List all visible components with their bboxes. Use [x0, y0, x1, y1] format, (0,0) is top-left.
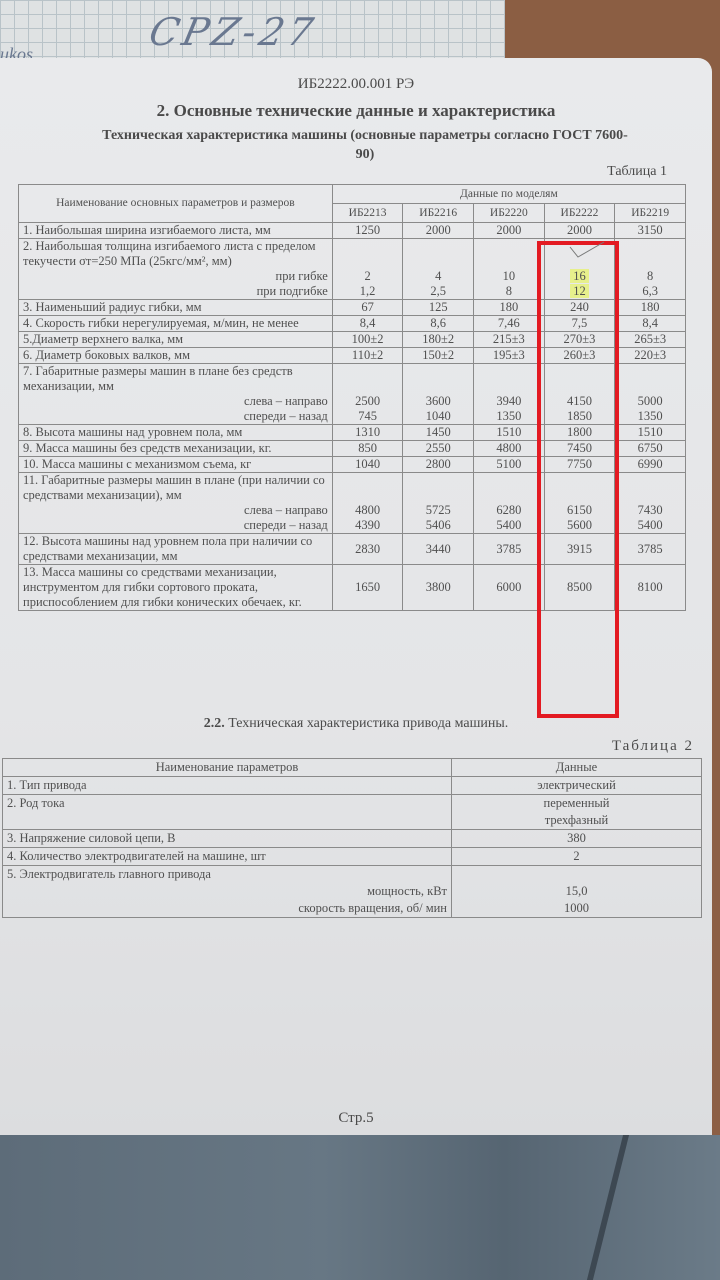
value-text: 3600 [426, 394, 451, 408]
parameter-name: 6. Диаметр боковых валков, мм [19, 348, 333, 364]
value-text: 1350 [496, 409, 521, 423]
model-header: ИБ2222 [544, 204, 615, 223]
value-cell: 8100 [615, 565, 686, 611]
value: 1000 [456, 900, 697, 917]
model-header: ИБ2220 [474, 204, 545, 223]
sub-parameter-label: при гибке [23, 269, 328, 284]
parameter-label: 3. Напряжение силовой цепи, В [7, 831, 175, 845]
value-cell: 108 [474, 239, 545, 300]
value-cell: 180±2 [403, 332, 474, 348]
value-cell: 15,01000 [452, 866, 702, 918]
value: 2 [337, 269, 399, 284]
value-cell: 3800 [403, 565, 474, 611]
sub-parameter-label: слева – направо [23, 394, 328, 409]
value-cell: 7,46 [474, 316, 545, 332]
model-header: ИБ2213 [332, 204, 403, 223]
value-cell: электрический [452, 777, 702, 795]
parameter-label: 2. Наибольшая толщина изгибаемого листа … [23, 239, 316, 268]
value-text: 5400 [496, 518, 521, 532]
parameter-label: 12. Высота машины над уровнем пола при н… [23, 534, 312, 563]
value-cell: 2000 [474, 223, 545, 239]
table-row: 5. Электродвигатель главного приводамощн… [3, 866, 702, 918]
parameter-name: 1. Наибольшая ширина изгибаемого листа, … [19, 223, 333, 239]
table2-label: Таблица 2 [612, 738, 694, 755]
value-cell: 2000 [544, 223, 615, 239]
value-cell: 2800 [403, 457, 474, 473]
sub-parameter-label: спереди – назад [23, 518, 328, 533]
value-cell: 100±2 [332, 332, 403, 348]
parameter-label: 6. Диаметр боковых валков, мм [23, 348, 190, 362]
parameter-name: 5. Электродвигатель главного приводамощн… [3, 866, 452, 918]
value: 1350 [478, 409, 540, 424]
value-cell: 6750 [615, 441, 686, 457]
sub-parameter-label: слева – направо [23, 503, 328, 518]
value: 1350 [619, 409, 681, 424]
value: 5725 [407, 503, 469, 518]
drive-specs-table: Наименование параметров Данные 1. Тип пр… [2, 758, 702, 918]
value-text: 1040 [426, 409, 451, 423]
checkmark-icon [568, 241, 608, 261]
value-cell: 1510 [615, 425, 686, 441]
value-cell: 3785 [474, 534, 545, 565]
value: 6,3 [619, 284, 681, 299]
parameter-label: 4. Скорость гибки нерегулируемая, м/мин,… [23, 316, 299, 330]
value: переменный трехфазный [532, 795, 622, 829]
value-cell: 21,2 [332, 239, 403, 300]
value-cell: 195±3 [474, 348, 545, 364]
parameter-label: 5. Электродвигатель главного привода [7, 867, 211, 881]
value-text: 10 [503, 269, 516, 283]
value-text: 5406 [426, 518, 451, 532]
section-title: 2. Основные технические данные и характе… [0, 101, 712, 121]
sub-parameter-label: при подгибке [23, 284, 328, 299]
value-cell: 8,4 [332, 316, 403, 332]
value-text: 6280 [496, 503, 521, 517]
value-cell: 850 [332, 441, 403, 457]
value: 2 [456, 848, 697, 865]
value-cell: 2550 [403, 441, 474, 457]
value-text: 4800 [355, 503, 380, 517]
value-cell: 1040 [332, 457, 403, 473]
value: электрический [456, 777, 697, 794]
table-row: 1. Тип приводаэлектрический [3, 777, 702, 795]
parameter-label: 4. Количество электродвигателей на машин… [7, 849, 266, 863]
parameter-name: 13. Масса машины со средствами механизац… [19, 565, 333, 611]
document-code: ИБ2222.00.001 РЭ [0, 76, 712, 93]
value-cell: 1310 [332, 425, 403, 441]
value-text: 3940 [496, 394, 521, 408]
fabric-background [0, 1135, 720, 1280]
value-cell: 6990 [615, 457, 686, 473]
value-text: 5725 [426, 503, 451, 517]
value: 1,2 [337, 284, 399, 299]
value-cell: 265±3 [615, 332, 686, 348]
table2-header-name: Наименование параметров [3, 759, 452, 777]
table1-header-group: Данные по моделям [332, 185, 685, 204]
value-cell: 220±3 [615, 348, 686, 364]
value-cell: 1450 [403, 425, 474, 441]
value: 5000 [619, 394, 681, 409]
value-cell: 8,4 [615, 316, 686, 332]
page-number: Стр.5 [0, 1110, 712, 1127]
value-text: 1,2 [360, 284, 376, 298]
value: 10 [478, 269, 540, 284]
parameter-label: 7. Габаритные размеры машин в плане без … [23, 364, 293, 393]
parameter-label: 10. Масса машины с механизмом съема, кг [23, 457, 251, 471]
parameter-name: 9. Масса машины без средств механизации,… [19, 441, 333, 457]
table1-label: Таблица 1 [607, 164, 667, 180]
parameter-name: 10. Масса машины с механизмом съема, кг [19, 457, 333, 473]
value-text: 7430 [638, 503, 663, 517]
value-cell: 42,5 [403, 239, 474, 300]
parameter-name: 12. Высота машины над уровнем пола при н… [19, 534, 333, 565]
value-text: 4390 [355, 518, 380, 532]
value-text: 8 [506, 284, 512, 298]
value: 8 [619, 269, 681, 284]
section-2-2-number: 2.2. [204, 716, 225, 731]
value: 3600 [407, 394, 469, 409]
value: 15,0 [456, 883, 697, 900]
value: 4 [407, 269, 469, 284]
value-cell: 2500745 [332, 364, 403, 425]
value-cell: 380 [452, 830, 702, 848]
value-cell: 74305400 [615, 473, 686, 534]
value-cell: 2000 [403, 223, 474, 239]
parameter-name: 1. Тип привода [3, 777, 452, 795]
table2-header-value: Данные [452, 759, 702, 777]
value: 380 [456, 830, 697, 847]
parameter-label: 3. Наименьший радиус гибки, мм [23, 300, 202, 314]
value-cell: 4800 [474, 441, 545, 457]
parameter-name: 11. Габаритные размеры машин в плане (пр… [19, 473, 333, 534]
value-text: 1350 [638, 409, 663, 423]
section-2-2-heading: 2.2. Техническая характеристика привода … [0, 716, 712, 732]
value-cell: 125 [403, 300, 474, 316]
value-text: 4 [435, 269, 441, 283]
value-cell: 150±2 [403, 348, 474, 364]
model-header: ИБ2216 [403, 204, 474, 223]
value-cell: 86,3 [615, 239, 686, 300]
value: 5400 [619, 518, 681, 533]
parameter-label: 8. Высота машины над уровнем пола, мм [23, 425, 242, 439]
parameter-label: 5.Диаметр верхнего валка, мм [23, 332, 183, 346]
value-cell: 180 [615, 300, 686, 316]
value: 4800 [337, 503, 399, 518]
parameter-name: 4. Скорость гибки нерегулируемая, м/мин,… [19, 316, 333, 332]
value-text: 5000 [638, 394, 663, 408]
value-cell: 57255406 [403, 473, 474, 534]
value-text: 2,5 [430, 284, 446, 298]
sub-parameter-label: скорость вращения, об/ мин [7, 900, 447, 917]
value-text: 6,3 [642, 284, 658, 298]
value: 5400 [478, 518, 540, 533]
value-cell: 36001040 [403, 364, 474, 425]
table-row: 3. Напряжение силовой цепи, В380 [3, 830, 702, 848]
parameter-name: 3. Напряжение силовой цепи, В [3, 830, 452, 848]
value: 6280 [478, 503, 540, 518]
value-cell: 5100 [474, 457, 545, 473]
table-row: 4. Количество электродвигателей на машин… [3, 848, 702, 866]
value: 1040 [407, 409, 469, 424]
parameter-name: 4. Количество электродвигателей на машин… [3, 848, 452, 866]
value-cell: 3440 [403, 534, 474, 565]
table-row: 2. Род токапеременный трехфазный [3, 795, 702, 830]
sub-parameter-label: спереди – назад [23, 409, 328, 424]
parameter-label: 1. Тип привода [7, 778, 87, 792]
value-cell: 2 [452, 848, 702, 866]
value-text: 5400 [638, 518, 663, 532]
table1-header-name: Наименование основных параметров и разме… [19, 185, 333, 223]
section-2-2-title: Техническая характеристика привода машин… [228, 716, 508, 731]
table-row: 1. Наибольшая ширина изгибаемого листа, … [19, 223, 686, 239]
highlight-box [537, 241, 619, 718]
section-subtitle: Техническая характеристика машины (основ… [95, 126, 635, 164]
parameter-label: 13. Масса машины со средствами механизац… [23, 565, 302, 609]
value-cell: 110±2 [332, 348, 403, 364]
value-cell: 1650 [332, 565, 403, 611]
value: 8 [478, 284, 540, 299]
value-cell: 215±3 [474, 332, 545, 348]
sub-parameter-label: мощность, кВт [7, 883, 447, 900]
value-cell: 1250 [332, 223, 403, 239]
value-text: 2 [364, 269, 370, 283]
value-text: 745 [358, 409, 377, 423]
value-cell: 39401350 [474, 364, 545, 425]
parameter-name: 8. Высота машины над уровнем пола, мм [19, 425, 333, 441]
value-cell: 3785 [615, 534, 686, 565]
value: 3940 [478, 394, 540, 409]
parameter-name: 7. Габаритные размеры машин в плане без … [19, 364, 333, 425]
value-cell: 6000 [474, 565, 545, 611]
notebook-background: CPZ-27 ukos_ [0, 0, 505, 62]
value-cell: 2830 [332, 534, 403, 565]
value: 4390 [337, 518, 399, 533]
value: 745 [337, 409, 399, 424]
parameter-name: 3. Наименьший радиус гибки, мм [19, 300, 333, 316]
value: 7430 [619, 503, 681, 518]
value-text: 8 [647, 269, 653, 283]
handwritten-note: CPZ-27 [145, 10, 321, 54]
parameter-label: 9. Масса машины без средств механизации,… [23, 441, 272, 455]
parameter-label: 1. Наибольшая ширина изгибаемого листа, … [23, 223, 271, 237]
value-cell: 180 [474, 300, 545, 316]
value: 2,5 [407, 284, 469, 299]
value-cell: 62805400 [474, 473, 545, 534]
value: 2500 [337, 394, 399, 409]
parameter-name: 2. Род тока [3, 795, 452, 830]
value-cell: 1510 [474, 425, 545, 441]
value-cell: 50001350 [615, 364, 686, 425]
parameter-name: 2. Наибольшая толщина изгибаемого листа … [19, 239, 333, 300]
model-header: ИБ2219 [615, 204, 686, 223]
value-cell: 48004390 [332, 473, 403, 534]
value-cell: 3150 [615, 223, 686, 239]
document-page: ИБ2222.00.001 РЭ 2. Основные технические… [0, 58, 712, 1138]
fabric-seam [587, 1135, 629, 1280]
value-cell: 8,6 [403, 316, 474, 332]
value-cell: переменный трехфазный [452, 795, 702, 830]
value-cell: 67 [332, 300, 403, 316]
parameter-name: 5.Диаметр верхнего валка, мм [19, 332, 333, 348]
parameter-label: 2. Род тока [7, 796, 65, 810]
value-text: 2500 [355, 394, 380, 408]
value: 5406 [407, 518, 469, 533]
parameter-label: 11. Габаритные размеры машин в плане (пр… [23, 473, 325, 502]
